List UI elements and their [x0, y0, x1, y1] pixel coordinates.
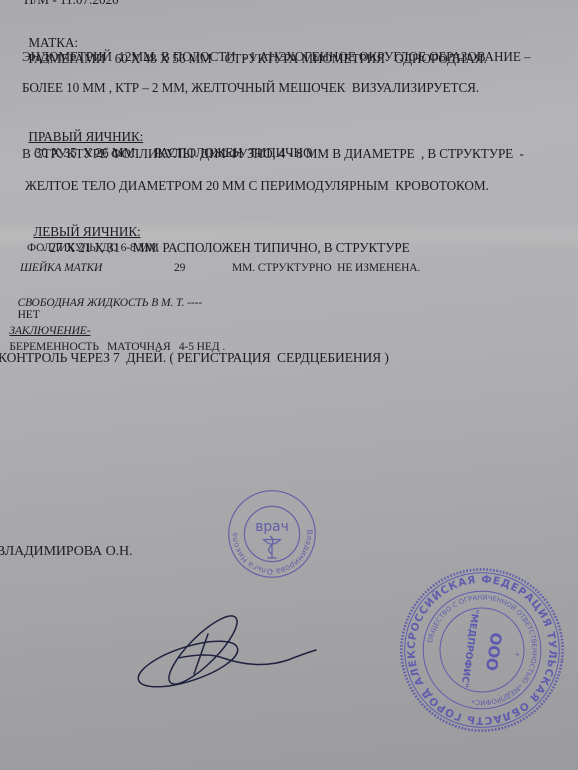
- doctor-stamp: Владимирова Ольга Николаевна врач *: [226, 488, 318, 580]
- doctor-signature: [118, 612, 318, 692]
- cervix-text: ММ. СТРУКТУРНО НЕ ИЗМЕНЕНА.: [232, 262, 420, 274]
- right-ovary-line-3: ЖЕЛТОЕ ТЕЛО ДИАМЕТРОМ 20 ММ С ПЕРИМОДУЛЯ…: [25, 178, 489, 194]
- left-ovary-label: ЛЕВЫЙ ЯИЧНИК:: [33, 224, 140, 239]
- left-ovary-line-2: ФОЛЛИКУЛЫ ДО 6-8 ММ: [27, 242, 159, 254]
- endometrium-line-2: БОЛЕЕ 10 ММ , КТР – 2 ММ, ЖЕЛТОЧНЫЙ МЕШО…: [22, 80, 479, 96]
- cervix-label: ШЕЙКА МАТКИ: [20, 262, 102, 274]
- conclusion-line: ЗАКЛЮЧЕНИЕ- БЕРЕМЕННОСТЬ МАТОЧНАЯ 4-5 НЕ…: [3, 306, 225, 354]
- svg-text:ОБЩЕСТВО С ОГРАНИЧЕННОЙ ОТВЕТС: ОБЩЕСТВО С ОГРАНИЧЕННОЙ ОТВЕТСТВЕННОСТЬЮ…: [418, 586, 546, 713]
- uterus-label: МАТКА:: [28, 35, 78, 50]
- svg-text:*: *: [515, 651, 520, 660]
- doctor-stamp-center-text: врач: [255, 519, 289, 535]
- endometrium-line-1: ЭНДОМЕТРИЙ 12ММ. В ПОЛОСТИ - 1 АНЭХОГЕНН…: [22, 49, 530, 65]
- org-stamp-center-line-2: "МЕДПРОФИС": [459, 608, 481, 688]
- conclusion-label: ЗАКЛЮЧЕНИЕ-: [9, 325, 90, 337]
- caduceus-bowl-icon: [264, 536, 281, 558]
- org-stamp-inner-text: ОБЩЕСТВО С ОГРАНИЧЕННОЙ ОТВЕТСТВЕННОСТЬЮ…: [418, 586, 546, 713]
- cervix-value: 29: [174, 262, 185, 274]
- right-ovary-label: ПРАВЫЙ ЯИЧНИК:: [28, 129, 143, 144]
- organization-stamp: РОССИЙСКАЯ ФЕДЕРАЦИЯ ТУЛЬСКАЯ ОБЛАСТЬ ГО…: [387, 555, 577, 745]
- org-stamp-center-line-1: ООО: [482, 631, 505, 672]
- right-ovary-line-2: В СТРУКТУРЕ ФОЛЛИКУЛЫ ДИФФУЗНО, 4 - 8 ММ…: [22, 146, 524, 162]
- followup-line: КОНТРОЛЬ ЧЕРЕЗ 7 ДНЕЙ. ( РЕГИСТРАЦИЯ СЕР…: [0, 350, 389, 366]
- doctor-name: ВЛАДИМИРОВА О.Н.: [0, 544, 132, 560]
- svg-text:*: *: [270, 569, 273, 576]
- header-date-partial: П/М - 11.07.2020: [24, 0, 119, 8]
